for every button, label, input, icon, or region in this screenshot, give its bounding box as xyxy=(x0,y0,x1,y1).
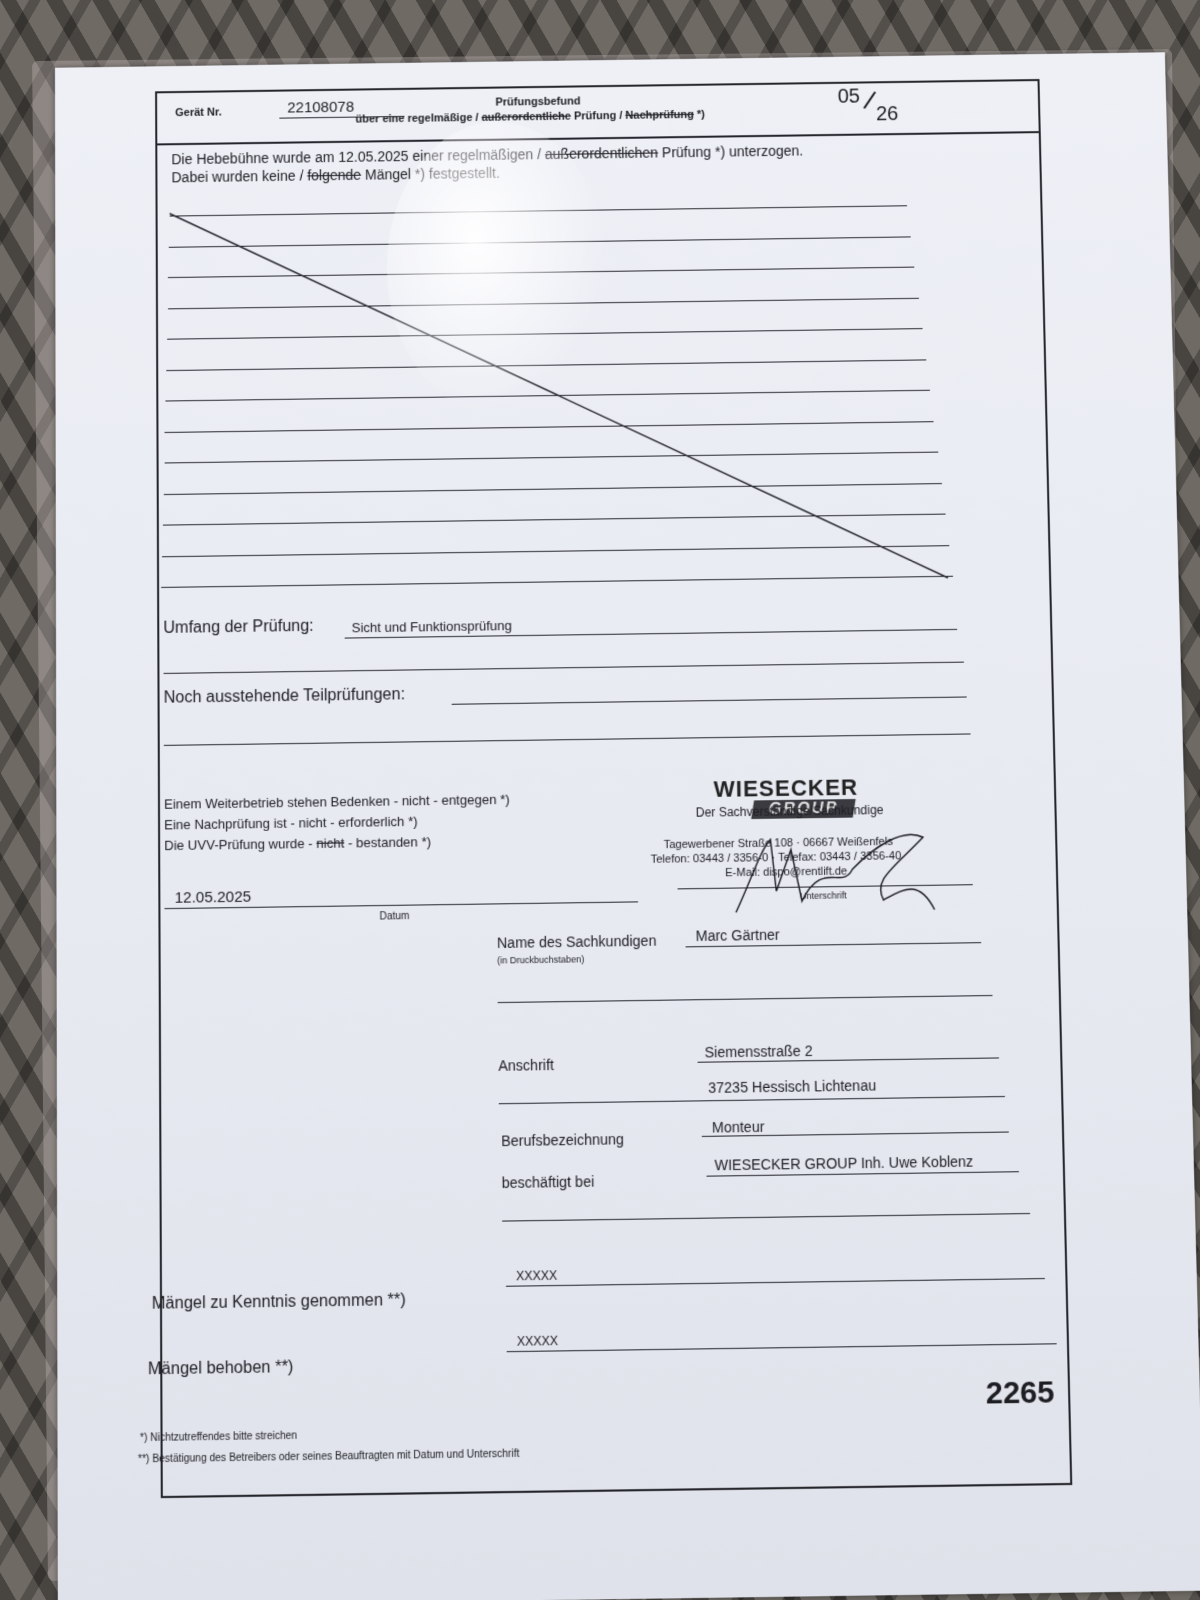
strike-diagonal xyxy=(157,81,1050,620)
employer-extra-line xyxy=(502,1213,1030,1222)
employer-value[interactable]: WIESECKER GROUP Inh. Uwe Koblenz xyxy=(714,1153,973,1173)
form-number: 2265 xyxy=(985,1375,1054,1412)
report-form: Gerät Nr. 22108078 Prüfungsbefund über e… xyxy=(155,79,1072,1498)
scope-label: Umfang der Prüfung: xyxy=(163,618,313,639)
defects-fixed-value[interactable]: XXXXX xyxy=(517,1334,558,1349)
inspection-report-paper: Gerät Nr. 22108078 Prüfungsbefund über e… xyxy=(55,52,1200,1600)
defects-noted-label: Mängel zu Kenntnis genommen **) xyxy=(152,1291,406,1314)
job-value[interactable]: Monteur xyxy=(712,1118,765,1135)
employer-label: beschäftigt bei xyxy=(502,1173,595,1191)
statement-uvv: Die UVV-Prüfung wurde - nicht - bestande… xyxy=(164,834,431,853)
scope-line-2 xyxy=(164,662,964,674)
date-value[interactable]: 12.05.2025 xyxy=(175,888,252,907)
scope-value[interactable]: Sicht und Funktionsprüfung xyxy=(352,618,512,636)
defects-noted-value[interactable]: XXXXX xyxy=(516,1268,557,1283)
footnote-2: **) Bestätigung des Betreibers oder sein… xyxy=(138,1448,520,1465)
pending-line-2 xyxy=(164,733,971,745)
expert-extra-line xyxy=(498,995,993,1003)
statement-reinspection: Eine Nachprüfung ist - nicht - erforderl… xyxy=(164,813,418,832)
defects-fixed-label: Mängel behoben **) xyxy=(148,1358,294,1379)
statement-continued-operation: Einem Weiterbetrieb stehen Bedenken - ni… xyxy=(164,792,510,812)
pending-line xyxy=(452,696,967,704)
address-label: Anschrift xyxy=(498,1056,554,1073)
defects-fixed-line xyxy=(507,1343,1057,1352)
footnote-1: *) Nichtzutreffendes bitte streichen xyxy=(140,1430,297,1444)
job-label: Berufsbezeichnung xyxy=(501,1131,624,1150)
address-line2-rule xyxy=(499,1096,1005,1104)
defects-noted-line xyxy=(506,1278,1045,1287)
signature-scribble xyxy=(729,816,955,923)
address-line2[interactable]: 37235 Hessisch Lichtenau xyxy=(708,1077,876,1096)
pending-label: Noch ausstehende Teilprüfungen: xyxy=(164,686,406,708)
expert-name-sublabel: (in Druckbuchstaben) xyxy=(497,954,584,966)
expert-name-label: Name des Sachkundigen xyxy=(497,932,657,951)
expert-name-value[interactable]: Marc Gärtner xyxy=(695,926,779,944)
uvv-struck: nicht xyxy=(316,835,344,851)
uvv-prefix: Die UVV-Prüfung wurde - xyxy=(164,836,316,854)
uvv-suffix: - bestanden *) xyxy=(344,834,431,851)
address-line1[interactable]: Siemensstraße 2 xyxy=(704,1042,812,1060)
date-label: Datum xyxy=(379,911,409,923)
